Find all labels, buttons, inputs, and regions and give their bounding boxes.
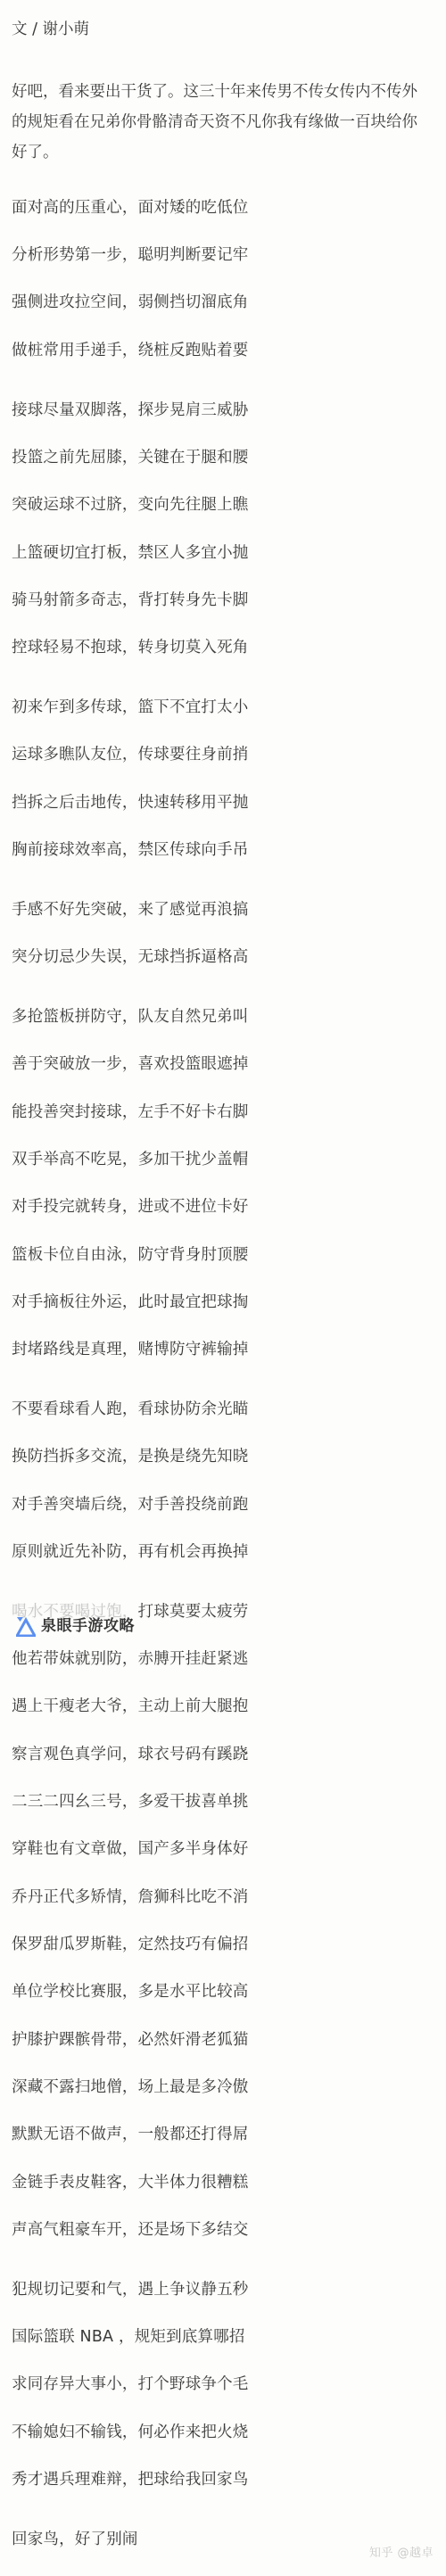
verse-line: 手感不好先突破，来了感觉再浪搞	[12, 900, 249, 920]
verse-line: 穿鞋也有文章做，国产多半身体好	[12, 1839, 249, 1859]
verse-line: 多抢篮板拼防守，队友自然兄弟叫	[12, 1007, 249, 1027]
verse-line: 深藏不露扫地僧，场上最是多冷傲	[12, 2077, 249, 2097]
verse-line: 二三二四幺三号，多爱干拔喜单挑	[12, 1792, 249, 1812]
verse-line: 国际篮联 NBA ，规矩到底算哪招	[12, 2327, 245, 2347]
verse-visible-part: 打球莫要太疲劳	[138, 1603, 249, 1621]
verse-line: 求同存异大事小，打个野球争个毛	[12, 2374, 249, 2394]
verse-line: 秀才遇兵理难辩，把球给我回家鸟	[12, 2470, 249, 2489]
verse-line: 保罗甜瓜罗斯鞋，定然技巧有偏招	[12, 1935, 249, 1954]
verse-line: 不输媳妇不输钱，何必作来把火烧	[12, 2423, 249, 2442]
verse-line: 原则就近先补防，再有机会再换掉	[12, 1542, 249, 1562]
verse-line: 初来乍到多传球，篮下不宜打太小	[12, 698, 249, 717]
verse-line: 能投善突封接球，左手不好卡右脚	[12, 1102, 249, 1122]
author-byline: 文 / 谢小萌	[12, 20, 89, 39]
verse-line: 强侧进攻拉空间，弱侧挡切溜底角	[12, 293, 249, 312]
verse-line: 面对高的压重心，面对矮的吃低位	[12, 198, 249, 218]
verse-line: 分析形势第一步，聪明判断要记牢	[12, 245, 249, 265]
verse-line: 乔丹正代多矫情，詹狮科比吃不消	[12, 1887, 249, 1907]
watermark-label: 泉眼手游攻略	[41, 1613, 135, 1635]
verse-line: 默默无语不做声，一般都还打得屌	[12, 2125, 249, 2144]
verse-line: 接球尽量双脚落，探步晃肩三威胁	[12, 400, 249, 420]
verse-line: 不要看球看人跑，看球协防余光瞄	[12, 1399, 249, 1419]
overlay-watermark: 泉眼手游攻略	[16, 1610, 135, 1637]
verse-line: 控球轻易不抱球，转身切莫入死角	[12, 638, 249, 657]
intro-line: 的规矩看在兄弟你骨骼清奇天资不凡你我有缘做一百块给你	[12, 107, 435, 137]
verse-line: 胸前接球效率高，禁区传球向手吊	[12, 840, 249, 860]
verse-line: 篮板卡位自由泳，防守背身肘顶腰	[12, 1245, 249, 1265]
verse-line: 骑马射箭多奇志，背打转身先卡脚	[12, 590, 249, 610]
verse-line: 单位学校比赛服，多是水平比较高	[12, 1982, 249, 2002]
verse-line: 对手善突墙后绕，对手善投绕前跑	[12, 1495, 249, 1515]
verse-line: 上篮硬切宜打板，禁区人多宜小抛	[12, 543, 249, 563]
verse-line: 遇上干瘦老大爷，主动上前大腿抱	[12, 1697, 249, 1716]
intro-paragraph: 好吧，看来要出干货了。这三十年来传男不传女传内不传外 的规矩看在兄弟你骨骼清奇天…	[12, 77, 435, 168]
verse-line: 突破运球不过脐，变向先往腿上瞧	[12, 495, 249, 515]
triangle-logo-icon	[16, 1617, 36, 1637]
verse-line: 善于突破放一步，喜欢投篮眼遮掉	[12, 1054, 249, 1074]
verse-line: 护膝护踝髌骨带，必然奸滑老狐猫	[12, 2030, 249, 2050]
corner-watermark: 知乎 @越卓	[369, 2543, 434, 2560]
verse-line: 做桩常用手递手，绕桩反跑贴着要	[12, 341, 249, 360]
verse-line: 运球多瞧队友位，传球要往身前捎	[12, 745, 249, 764]
intro-line: 好了。	[12, 137, 435, 168]
verse-line: 犯规切记要和气，遇上争议静五秒	[12, 2280, 249, 2299]
verse-line: 突分切忌少失误，无球挡拆逼格高	[12, 947, 249, 967]
verse-line: 投篮之前先屈膝，关键在于腿和腰	[12, 448, 249, 467]
verse-line: 回家鸟，好了别闹	[12, 2530, 138, 2549]
verse-line: 封堵路线是真理，赌博防守裤输掉	[12, 1340, 249, 1359]
verse-line: 他若带妹就别防，赤膊开挂赶紧逃	[12, 1649, 249, 1669]
verse-line: 挡拆之后击地传，快速转移用平抛	[12, 793, 249, 813]
intro-line: 好吧，看来要出干货了。这三十年来传男不传女传内不传外	[12, 77, 435, 107]
verse-line: 对手投完就转身，进或不进位卡好	[12, 1197, 249, 1217]
verse-line: 双手举高不吃晃，多加干扰少盖帽	[12, 1150, 249, 1169]
verse-line: 声高气粗豪车开，还是场下多结交	[12, 2220, 249, 2240]
verse-line: 对手摘板往外运，此时最宜把球掏	[12, 1292, 249, 1312]
verse-line: 金链手表皮鞋客，大半体力很糟糕	[12, 2173, 249, 2192]
verse-line: 换防挡拆多交流，是换是绕先知晓	[12, 1447, 249, 1466]
verse-line: 察言观色真学问，球衣号码有蹊跷	[12, 1745, 249, 1764]
